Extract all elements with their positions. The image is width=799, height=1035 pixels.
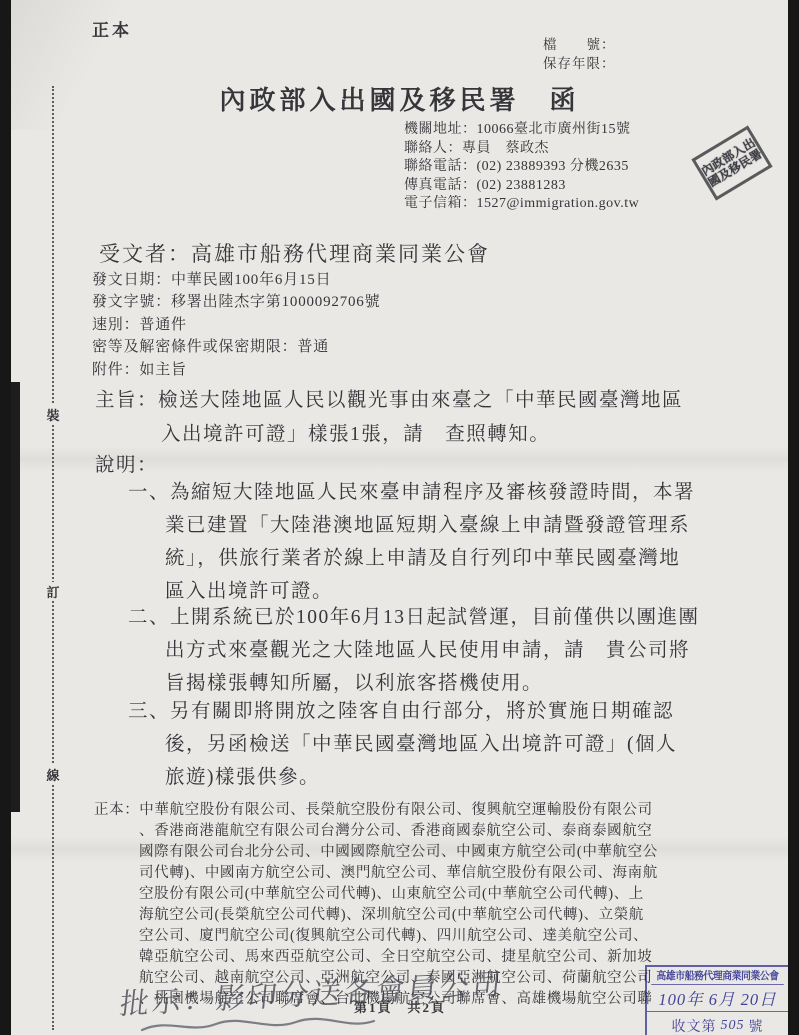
distribution-line: 正本：中華航空股份有限公司、長榮航空股份有限公司、復興航空運輸股份有限公司 [94, 800, 658, 821]
file-number-block: 檔 號： 保存年限： [543, 36, 616, 73]
distribution-line: 國際有限公司台北分公司、中國國際航空公司、中國東方航空公司(中華航空公 [139, 842, 658, 863]
scan-edge-shadow [11, 382, 20, 812]
agency-address: 機關地址：10066臺北市廣州街15號 [404, 121, 639, 140]
receipt-stamp: 高雄市船務代理商業同業公會 100年 6月 20日 收文第 505 號 [645, 965, 790, 1035]
receipt-stamp-number: 收文第 505 號 [647, 1012, 788, 1035]
scanned-official-letter: 裝 訂 線 正本 檔 號： 保存年限： 內政部入出國及移民署 函 機關地址：10… [0, 0, 799, 1035]
issue-date: 發文日期：中華民國100年6月15日 [92, 269, 380, 291]
contact-fax: 傳真電話：(02) 23881283 [404, 177, 639, 196]
receipt-no-value: 505 [721, 1018, 745, 1034]
recipient-line: 受文者：高雄市船務代理商業同業公會 [99, 238, 490, 268]
document-meta-block: 發文日期：中華民國100年6月15日 發文字號：移署出陸杰字第100009270… [92, 269, 380, 381]
issue-number: 發文字號：移署出陸杰字第1000092706號 [92, 291, 380, 313]
paper-fold-artifact [0, 446, 799, 472]
retention-period-label: 保存年限： [543, 55, 616, 74]
receipt-no-prefix: 收文第 [672, 1016, 717, 1035]
item3-line2: 後，另函檢送「中華民國臺灣地區入出境許可證」(個人 [165, 728, 677, 761]
distribution-line: 韓亞航空公司、馬來西亞航空公司、全日空航空公司、捷星航空公司、新加坡 [139, 947, 658, 968]
agency-contact-block: 機關地址：10066臺北市廣州街15號 聯絡人：專員 蔡政杰 聯絡電話：(02)… [404, 121, 639, 214]
attachment-note: 附件：如主旨 [92, 359, 380, 381]
contact-phone: 聯絡電話：(02) 23889393 分機2635 [404, 158, 639, 177]
subject-line1: 主旨：檢送大陸地區人民以觀光事由來臺之「中華民國臺灣地區 [95, 384, 683, 418]
receipt-no-suffix: 號 [749, 1016, 764, 1035]
file-number-label: 檔 號： [543, 36, 616, 55]
distribution-line: 、香港商港龍航空有限公司台灣分公司、香港商國泰航空公司、泰商泰國航空 [139, 821, 658, 842]
scan-edge-left [0, 0, 11, 1035]
binding-mark-zhuang: 裝 [44, 405, 62, 424]
distribution-line: 空股份有限公司(中華航空公司代轉)、山東航空公司(中華航空公司代轉)、上 [139, 884, 658, 905]
agency-seal-stamp: 內政部入出 國及移民署 [691, 125, 772, 200]
handwritten-strokes [138, 1014, 378, 1035]
explanation-item-1: 一、為縮短大陸地區人民來臺申請程序及審核發證時間，本署 業已建置「大陸港澳地區短… [128, 476, 695, 608]
distribution-line: 海航空公司(長榮航空公司代轉)、深圳航空公司(中華航空公司代轉)、立榮航 [139, 905, 658, 926]
paper-crease-artifact [0, 0, 200, 130]
distribution-line: 空公司、廈門航空公司(復興航空公司代轉)、四川航空公司、達美航空公司、 [139, 926, 658, 947]
item1-line1: 一、為縮短大陸地區人民來臺申請程序及審核發證時間，本署 [128, 476, 695, 509]
item2-line2: 出方式來臺觀光之大陸地區人民使用申請，請 貴公司將 [165, 634, 700, 667]
explanation-item-2: 二、上開系統已於100年6月13日起試營運，目前僅供以團進團 出方式來臺觀光之大… [128, 601, 700, 700]
explanation-item-3: 三、另有關即將開放之陸客自由行部分，將於實施日期確認 後，另函檢送「中華民國臺灣… [128, 695, 677, 794]
binding-mark-ding: 訂 [44, 582, 62, 601]
distribution-line: 司代轉)、中國南方航空公司、澳門航空公司、華信航空股份有限公司、海南航 [139, 863, 658, 884]
item1-line3: 統」，供旅行業者於線上申請及自行列印中華民國臺灣地 [165, 542, 695, 575]
receipt-stamp-org: 高雄市船務代理商業同業公會 [651, 967, 784, 985]
item1-line2: 業已建置「大陸港澳地區短期入臺線上申請暨發證管理系 [165, 509, 695, 542]
item3-line3: 旅遊)樣張供參。 [165, 761, 677, 794]
contact-email: 電子信箱：1527@immigration.gov.tw [404, 195, 639, 214]
scan-edge-right [788, 0, 799, 1035]
receipt-stamp-date: 100年 6月 20日 [647, 985, 788, 1012]
priority: 速別：普通件 [92, 314, 380, 336]
binding-dotted-line [52, 86, 54, 1030]
security-class: 密等及解密條件或保密期限：普通 [92, 336, 380, 358]
contact-person: 聯絡人：專員 蔡政杰 [404, 140, 639, 159]
item3-line1: 三、另有關即將開放之陸客自由行部分，將於實施日期確認 [128, 695, 677, 728]
item2-line1: 二、上開系統已於100年6月13日起試營運，目前僅供以團進團 [128, 601, 700, 634]
subject-block: 主旨：檢送大陸地區人民以觀光事由來臺之「中華民國臺灣地區 入出境許可證」樣張1張… [95, 384, 683, 452]
binding-mark-xian: 線 [44, 765, 62, 784]
